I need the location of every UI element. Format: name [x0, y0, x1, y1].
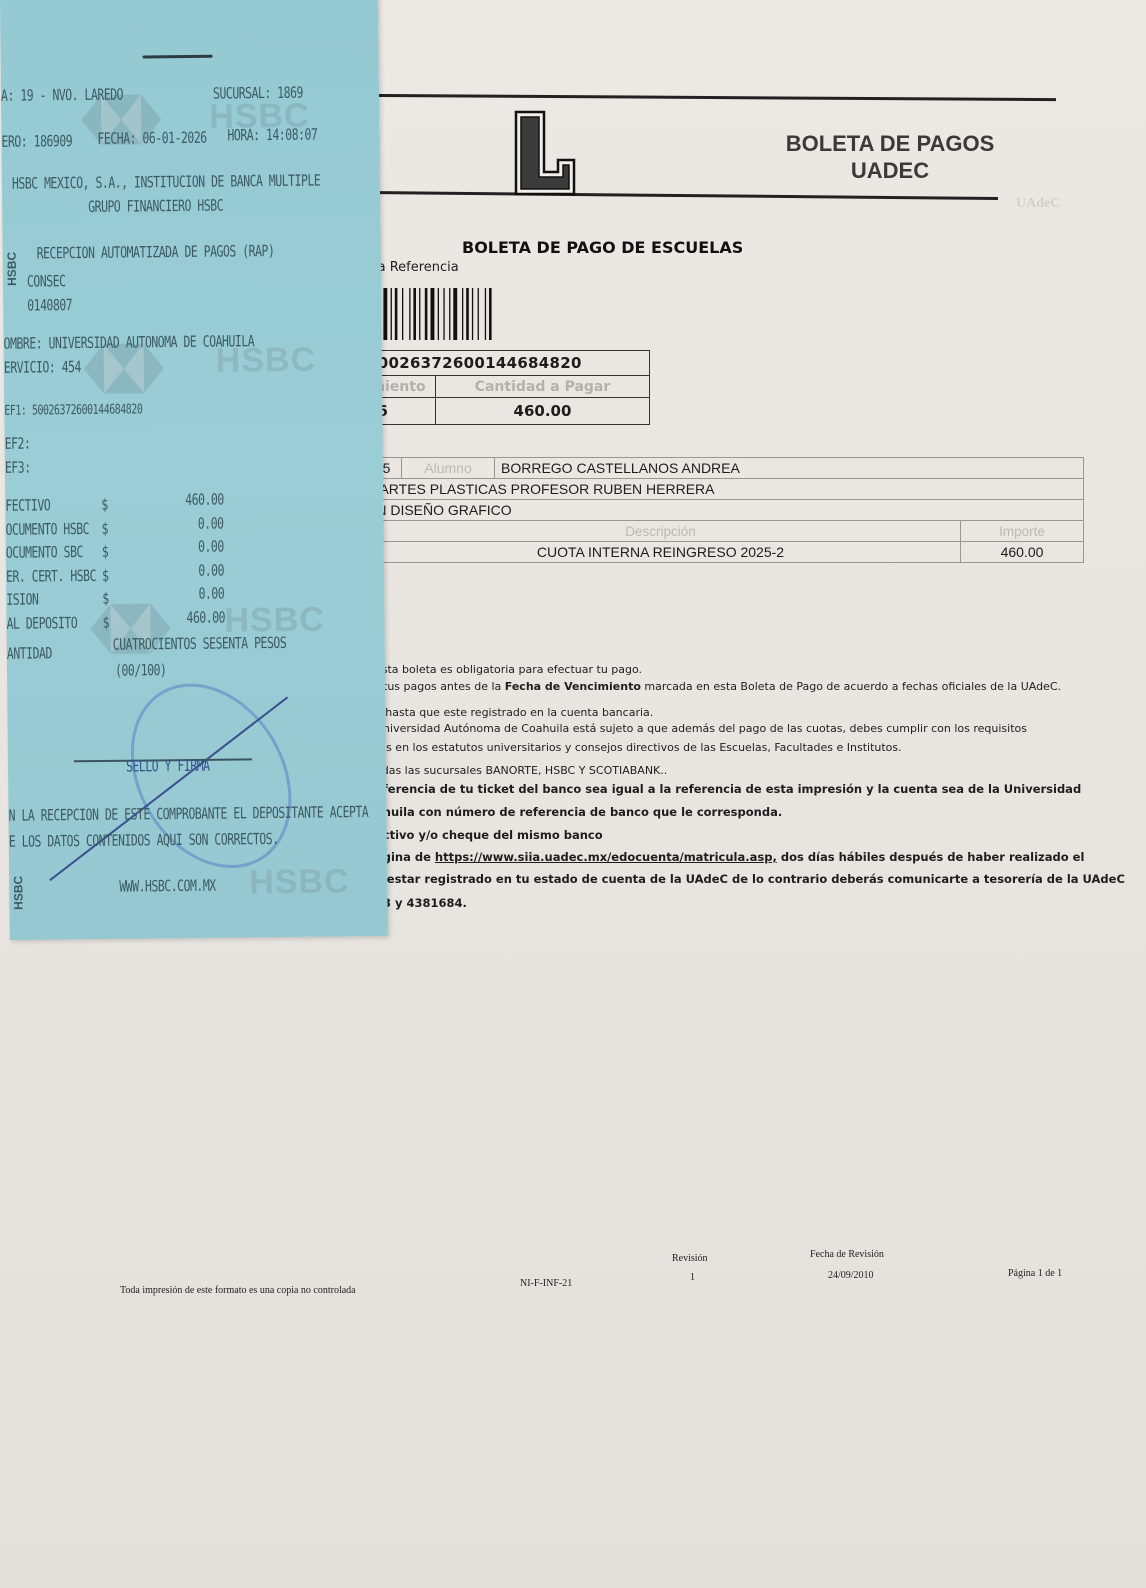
- receipt-top-mark: [143, 55, 213, 59]
- notice-line-2: E LOS DATOS CONTENIDOS AQUI SON CORRECTO…: [9, 829, 279, 851]
- concept-description: CUOTA INTERNA REINGRESO 2025-2: [361, 542, 961, 563]
- uadec-watermark: UAdeC: [1016, 196, 1060, 212]
- program-name: EN DISEÑO GRAFICO: [361, 500, 1084, 521]
- footer-revision-date: 24/09/2010: [828, 1270, 874, 1281]
- instruction-line: agina de https://www.siia.uadec.mx/edocu…: [375, 850, 1084, 864]
- ref2: EF2:: [5, 434, 31, 453]
- footer-page: Página 1 de 1: [1008, 1268, 1062, 1279]
- form-subtitle: BOLETA DE PAGO DE ESCUELAS: [462, 238, 743, 257]
- seal-signature-label: SELLO Y FIRMA: [126, 756, 210, 776]
- ref3: EF3:: [5, 458, 31, 477]
- footer-revision-label: Revisión: [672, 1253, 708, 1264]
- cantidad-cents: (00/100): [115, 660, 167, 679]
- amount-value: 0.00: [186, 560, 224, 579]
- service-number: ERVICIO: 454: [4, 357, 81, 377]
- bank-stamp: [98, 654, 323, 897]
- alumno-label: Alumno: [402, 458, 495, 479]
- concept-amount: 460.00: [961, 542, 1084, 563]
- bank-group: GRUPO FINANCIERO HSBC: [88, 196, 223, 216]
- ref1: EF1: 50026372600144684820: [4, 403, 142, 419]
- form-header-title: BOLETA DE PAGOS UADEC: [770, 130, 1010, 184]
- notice-line-1: N LA RECEPCION DE ESTE COMPROBANTE EL DE…: [8, 802, 368, 825]
- fecha: FECHA: 06-01-2026: [97, 128, 206, 148]
- student-table: 465 Alumno BORREGO CASTELLANOS ANDREA E …: [360, 457, 1084, 563]
- reference-table: 50026372600144684820 miento Cantidad a P…: [360, 350, 650, 425]
- barcode-image: [372, 288, 504, 340]
- hora: HORA: 14:08:07: [227, 125, 317, 145]
- currency-symbol: $: [101, 518, 108, 537]
- consec-value: 0140807: [27, 295, 72, 314]
- amount-value: 0.00: [185, 513, 223, 532]
- importe-header: Importe: [961, 521, 1084, 542]
- instruction-line: á estar registrado en tu estado de cuent…: [375, 872, 1125, 886]
- amount-label: FECTIVO: [5, 496, 50, 515]
- header-top-rule: [362, 94, 1056, 101]
- sucursal: SUCURSAL: 1869: [213, 83, 303, 103]
- uadec-logo-icon: [514, 110, 576, 196]
- service-type: RECEPCION AUTOMATIZADA DE PAGOS (RAP): [37, 241, 275, 262]
- amount-value: 0.00: [186, 584, 224, 603]
- edocuenta-link[interactable]: https://www.siia.uadec.mx/edocuenta/matr…: [435, 850, 777, 864]
- amount-label: Cantidad a Pagar: [436, 376, 650, 398]
- instruction-line: esta boleta es obligatoria para efectuar…: [375, 663, 642, 676]
- hsbc-receipt: HSBC HSBC HSBC HSBC HSBC HSBC A: 19 - NV…: [0, 0, 388, 940]
- amount-label: AL DEPOSITO: [6, 613, 77, 633]
- currency-symbol: $: [101, 495, 108, 514]
- amount-label: OCUMENTO SBC: [6, 542, 83, 562]
- amount-label: ER. CERT. HSBC: [6, 566, 96, 586]
- branch-line: A: 19 - NVO. LAREDO: [1, 85, 123, 105]
- description-header: Descripción: [361, 521, 961, 542]
- footer-code: NI-F-INF-21: [520, 1278, 572, 1289]
- reference-number: 50026372600144684820: [361, 351, 650, 376]
- bank-website: WWW.HSBC.COM.MX: [119, 876, 216, 896]
- instruction-line: eferencia de tu ticket del banco sea igu…: [375, 782, 1081, 796]
- header-bottom-rule: [362, 191, 998, 200]
- amount-value: 460.00: [185, 490, 223, 509]
- cashier: ERO: 186909: [1, 131, 72, 151]
- cantidad-label: ANTIDAD: [7, 643, 52, 662]
- instruction-line: 33 y 4381684.: [375, 896, 467, 910]
- concept-row: CUOTA INTERNA REINGRESO 2025-2 460.00: [361, 542, 1084, 563]
- beneficiary-name: OMBRE: UNIVERSIDAD AUTONOMA DE COAHUILA: [3, 331, 254, 353]
- instruction-line: o hasta que este registrado en la cuenta…: [375, 706, 653, 719]
- amount-value: 460.00: [436, 398, 650, 425]
- cantidad-words: CUATROCIENTOS SESENTA PESOS: [113, 633, 287, 654]
- amount-value: 460.00: [186, 607, 224, 626]
- amount-value: 0.00: [186, 537, 224, 556]
- school-name: E ARTES PLASTICAS PROFESOR RUBEN HERRERA: [361, 479, 1084, 500]
- instruction-line: odas las sucursales BANORTE, HSBC Y SCOT…: [375, 764, 667, 777]
- instruction-line: ahuila con número de referencia de banco…: [375, 805, 782, 819]
- footer-revision-date-label: Fecha de Revisión: [810, 1249, 884, 1260]
- instruction-line: ectivo y/o cheque del mismo banco: [375, 828, 603, 842]
- consec-label: CONSEC: [27, 271, 66, 290]
- instruction-line: r tus pagos antes de la Fecha de Vencimi…: [375, 680, 1061, 693]
- footer-disclaimer: Toda impresión de este formato es una co…: [120, 1285, 356, 1296]
- reference-label: la Referencia: [374, 260, 459, 275]
- side-hsbc-brand: HSBC: [5, 252, 19, 286]
- footer-revision-value: 1: [690, 1272, 695, 1283]
- hsbc-watermark: HSBC: [249, 862, 350, 902]
- currency-symbol: $: [102, 542, 109, 561]
- side-hsbc-brand: HSBC: [11, 876, 25, 910]
- amount-label: ISION: [6, 590, 38, 609]
- bank-name: HSBC MEXICO, S.A., INSTITUCION DE BANCA …: [12, 171, 321, 193]
- currency-symbol: $: [102, 612, 109, 631]
- instruction-line: Universidad Autónoma de Coahuila está su…: [375, 722, 1027, 735]
- instruction-line: tes en los estatutos universitarios y co…: [375, 741, 902, 754]
- amount-label: OCUMENTO HSBC: [5, 519, 89, 539]
- student-name: BORREGO CASTELLANOS ANDREA: [495, 458, 1084, 479]
- currency-symbol: $: [102, 565, 109, 584]
- currency-symbol: $: [102, 589, 109, 608]
